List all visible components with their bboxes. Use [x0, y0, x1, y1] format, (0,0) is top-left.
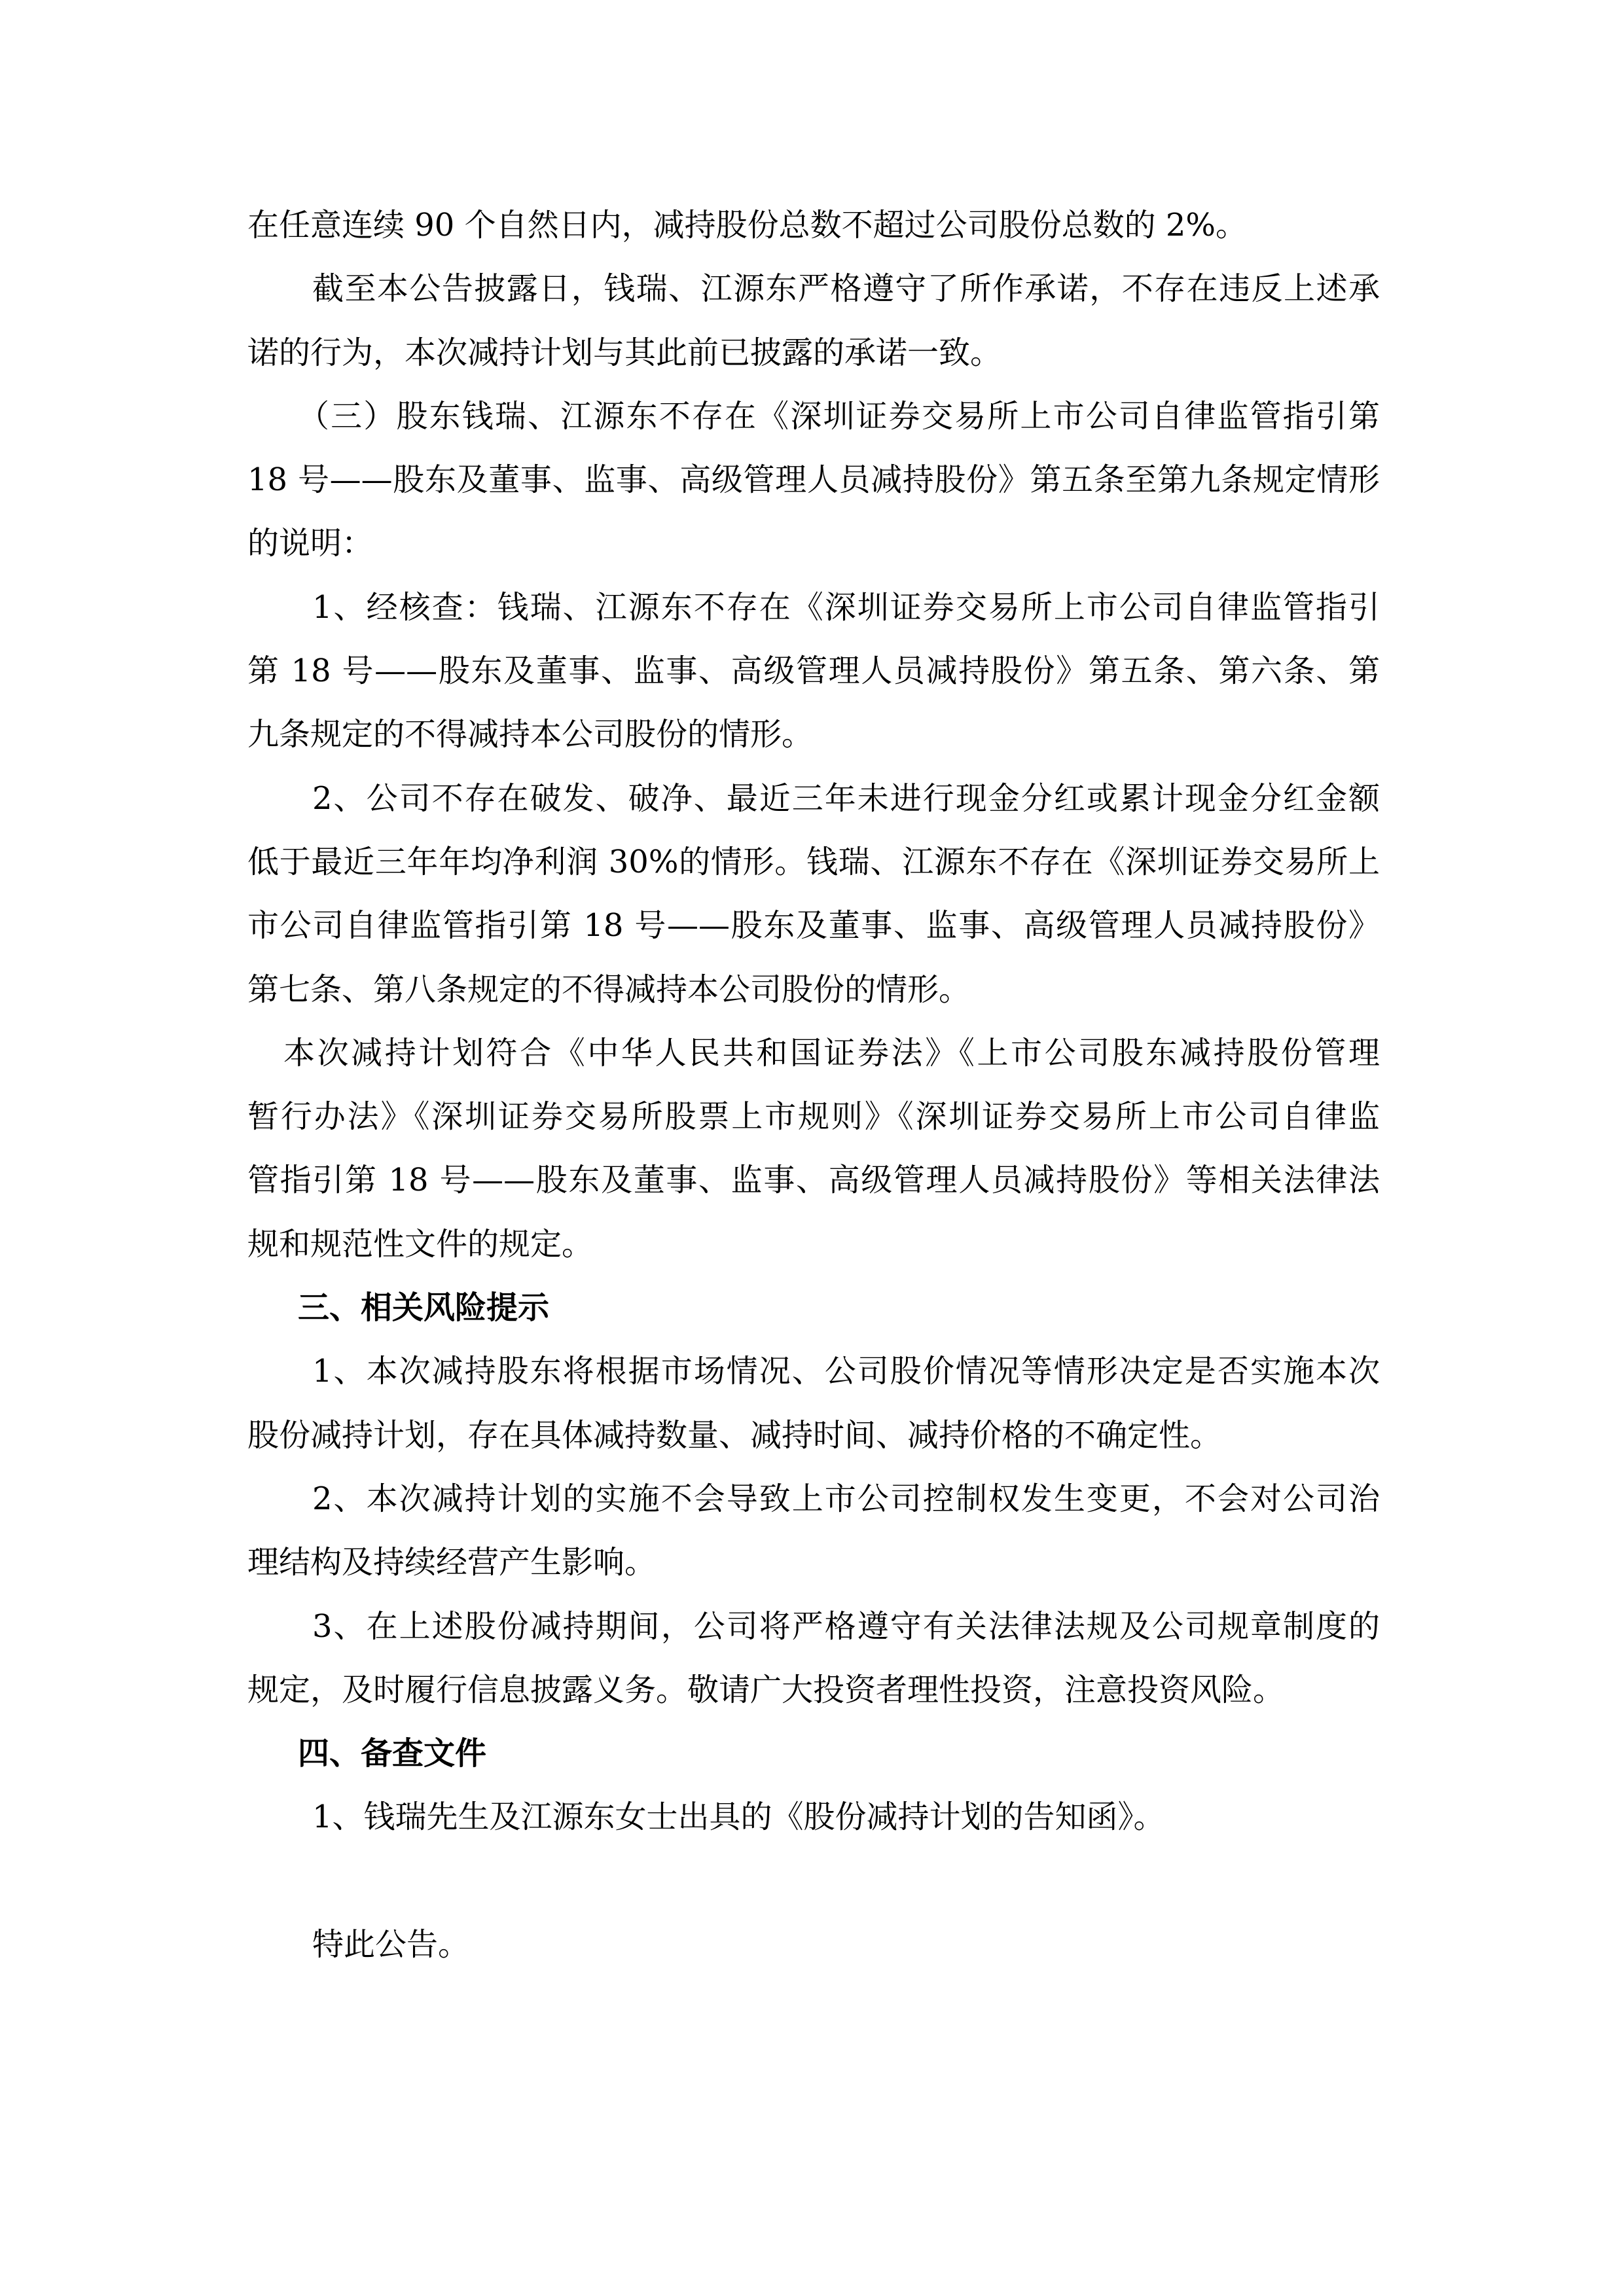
text-line: 特此公告。	[247, 1913, 1380, 1977]
paragraph-risk-item-3: 3、在上述股份减持期间，公司将严格遵守有关法律法规及公司规章制度的 规定，及时履…	[247, 1595, 1380, 1723]
text-line: 低于最近三年年均净利润 30%的情形。钱瑞、江源东不存在《深圳证券交易所上	[247, 831, 1380, 894]
text-line: 市公司自律监管指引第 18 号——股东及董事、监事、高级管理人员减持股份》	[247, 894, 1380, 958]
text-line: 在任意连续 90 个自然日内，减持股份总数不超过公司股份总数的 2%。	[247, 194, 1380, 257]
text-line: 规定，及时履行信息披露义务。敬请广大投资者理性投资，注意投资风险。	[247, 1659, 1380, 1722]
text-line: 九条规定的不得减持本公司股份的情形。	[247, 703, 1380, 766]
closing-statement: 特此公告。	[247, 1913, 1380, 1977]
blank-line	[247, 1850, 1380, 1913]
text-line: 1、钱瑞先生及江源东女士出具的《股份减持计划的告知函》。	[247, 1785, 1380, 1849]
section-heading-reference-documents: 四、备查文件	[247, 1722, 1380, 1785]
subheading-no-restricted-circumstances: （三）股东钱瑞、江源东不存在《深圳证券交易所上市公司自律监管指引第 18 号——…	[247, 385, 1380, 576]
text-line: 18 号——股东及董事、监事、高级管理人员减持股份》第五条至第九条规定情形	[247, 448, 1380, 512]
text-line: 管指引第 18 号——股东及董事、监事、高级管理人员减持股份》等相关法律法	[247, 1149, 1380, 1212]
section-heading-risk-notice: 三、相关风险提示	[247, 1276, 1380, 1340]
text-line: 2、本次减持计划的实施不会导致上市公司控制权发生变更，不会对公司治	[247, 1467, 1380, 1531]
heading-text: 四、备查文件	[247, 1722, 1380, 1785]
text-line: 3、在上述股份减持期间，公司将严格遵守有关法律法规及公司规章制度的	[247, 1595, 1380, 1659]
text-line: 理结构及持续经营产生影响。	[247, 1531, 1380, 1594]
text-line: 的说明：	[247, 512, 1380, 575]
paragraph-verification-item-2: 2、公司不存在破发、破净、最近三年未进行现金分红或累计现金分红金额 低于最近三年…	[247, 767, 1380, 1022]
paragraph-verification-item-1: 1、经核查：钱瑞、江源东不存在《深圳证券交易所上市公司自律监管指引 第 18 号…	[247, 576, 1380, 767]
text-line: 2、公司不存在破发、破净、最近三年未进行现金分红或累计现金分红金额	[247, 767, 1380, 831]
text-line: 股份减持计划，存在具体减持数量、减持时间、减持价格的不确定性。	[247, 1404, 1380, 1467]
text-line: 第 18 号——股东及董事、监事、高级管理人员减持股份》第五条、第六条、第	[247, 639, 1380, 703]
text-line: 截至本公告披露日，钱瑞、江源东严格遵守了所作承诺，不存在违反上述承	[247, 257, 1380, 321]
paragraph-shareholding-limit: 在任意连续 90 个自然日内，减持股份总数不超过公司股份总数的 2%。	[247, 194, 1380, 257]
paragraph-risk-item-1: 1、本次减持股东将根据市场情况、公司股价情况等情形决定是否实施本次 股份减持计划…	[247, 1340, 1380, 1467]
text-line: 1、经核查：钱瑞、江源东不存在《深圳证券交易所上市公司自律监管指引	[247, 576, 1380, 639]
text-line: 诺的行为，本次减持计划与其此前已披露的承诺一致。	[247, 321, 1380, 385]
paragraph-reference-item-1: 1、钱瑞先生及江源东女士出具的《股份减持计划的告知函》。	[247, 1785, 1380, 1849]
text-line: 第七条、第八条规定的不得减持本公司股份的情形。	[247, 958, 1380, 1022]
heading-text: 三、相关风险提示	[247, 1276, 1380, 1340]
text-line: 1、本次减持股东将根据市场情况、公司股价情况等情形决定是否实施本次	[247, 1340, 1380, 1403]
text-line: （三）股东钱瑞、江源东不存在《深圳证券交易所上市公司自律监管指引第	[247, 385, 1380, 448]
paragraph-regulatory-compliance: 本次减持计划符合《中华人民共和国证券法》《上市公司股东减持股份管理 暂行办法》《…	[247, 1022, 1380, 1276]
text-line: 暂行办法》《深圳证券交易所股票上市规则》《深圳证券交易所上市公司自律监	[247, 1085, 1380, 1149]
document-page: 在任意连续 90 个自然日内，减持股份总数不超过公司股份总数的 2%。 截至本公…	[247, 194, 1380, 1977]
paragraph-commitment-compliance: 截至本公告披露日，钱瑞、江源东严格遵守了所作承诺，不存在违反上述承 诺的行为，本…	[247, 257, 1380, 385]
text-line: 本次减持计划符合《中华人民共和国证券法》《上市公司股东减持股份管理	[247, 1022, 1380, 1085]
paragraph-risk-item-2: 2、本次减持计划的实施不会导致上市公司控制权发生变更，不会对公司治 理结构及持续…	[247, 1467, 1380, 1595]
text-line: 规和规范性文件的规定。	[247, 1213, 1380, 1276]
